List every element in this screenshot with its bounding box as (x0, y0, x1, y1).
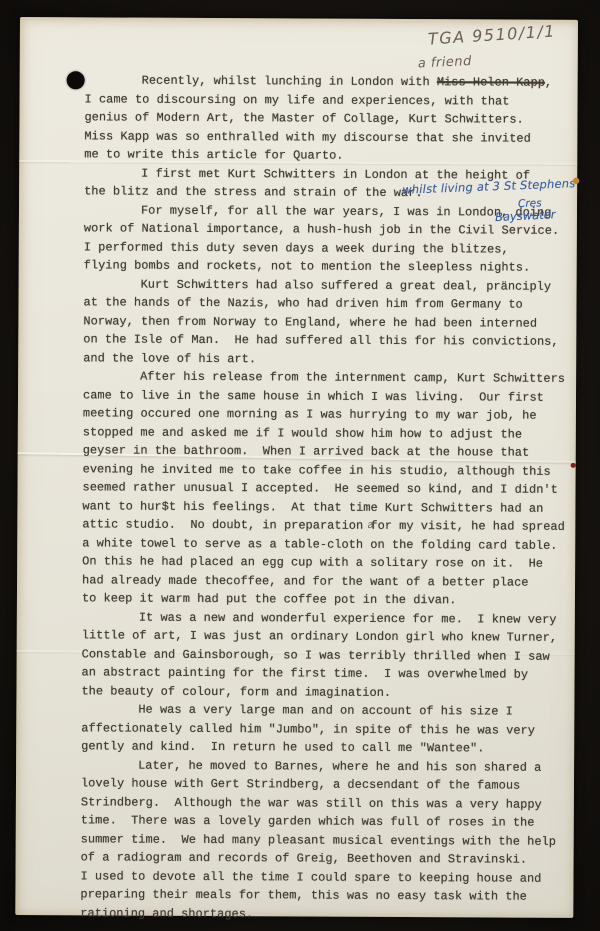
red-ink-mark (571, 463, 576, 468)
typed-line: an abstract painting for the first time.… (82, 663, 568, 684)
typed-line: Recently, whilst lunching in London with… (85, 71, 571, 92)
typed-lines: Recently, whilst lunching in London with… (80, 71, 570, 925)
typed-line: For myself, for all the war years, I was… (84, 201, 570, 222)
typed-line: I came to discoursing on my life and exp… (85, 90, 571, 111)
typed-line: After his release from the internment ca… (83, 367, 569, 388)
typed-line: flying bombs and rockets, not to mention… (84, 256, 570, 277)
typed-line: He was a very large man and on account o… (81, 700, 567, 721)
typed-line: lovely house with Gert Strindberg, a dec… (81, 774, 567, 795)
typed-line: affectionately called him "Jumbo", in sp… (81, 719, 567, 740)
typed-line: summer time. We had many pleasant musica… (81, 830, 567, 851)
typed-line: on the Isle of Man. He had suffered all … (83, 330, 569, 351)
hole-punch (67, 71, 85, 89)
typed-line: attic studio. No doubt, in preparation f… (82, 515, 568, 536)
annotation-a-friend: a friend (417, 54, 472, 72)
typed-line: Strindberg. Although the war was still o… (81, 793, 567, 814)
typed-line: the blitz and the stress and strain of t… (84, 182, 570, 203)
typed-line: little of art, I was just an ordinary Lo… (82, 626, 568, 647)
typed-line: I first met Kurt Schwitters in London at… (84, 164, 570, 185)
typed-line: meeting occured one morning as I was hur… (83, 404, 569, 425)
typed-line: On this he had placed an egg cup with a … (82, 552, 568, 573)
typed-line: Later, he moved to Barnes, where he and … (81, 756, 567, 777)
typed-line: seemed rather unusual I accepted. He see… (82, 478, 568, 499)
typed-line: I performed this duty seven days a week … (84, 238, 570, 259)
typed-line: rationing and shortages. (80, 904, 566, 925)
typed-line: of a radiogram and records of Greig, Bee… (81, 848, 567, 869)
typed-line: work of National importance, a hush-hush… (84, 219, 570, 240)
archive-reference: TGA 9510/1/1 (427, 21, 556, 48)
typed-line: preparing their meals for them, this was… (80, 885, 566, 906)
typed-line: time. There was a lovely garden which wa… (81, 811, 567, 832)
struck-text: Miss Helen Kapp (437, 75, 545, 90)
typed-line: gently and kind. In return he used to ca… (81, 737, 567, 758)
typed-line: to keep it warm had put the coffee pot i… (82, 589, 568, 610)
typed-line: I used to devote all the time I could sp… (80, 867, 566, 888)
orange-ink-mark (573, 178, 579, 184)
typed-line: Miss Kapp was so enthralled with my disc… (84, 127, 570, 148)
typed-line: at the hands of the Nazis, who had drive… (83, 293, 569, 314)
typed-line: me to write this article for Quarto. (84, 145, 570, 166)
typed-line: genius of Modern Art, the Master of Coll… (84, 108, 570, 129)
document-page: TGA 9510/1/1 a friend Recently, whilst l… (15, 17, 578, 918)
typed-line: geyser in the bathroom. When I arrived b… (83, 441, 569, 462)
